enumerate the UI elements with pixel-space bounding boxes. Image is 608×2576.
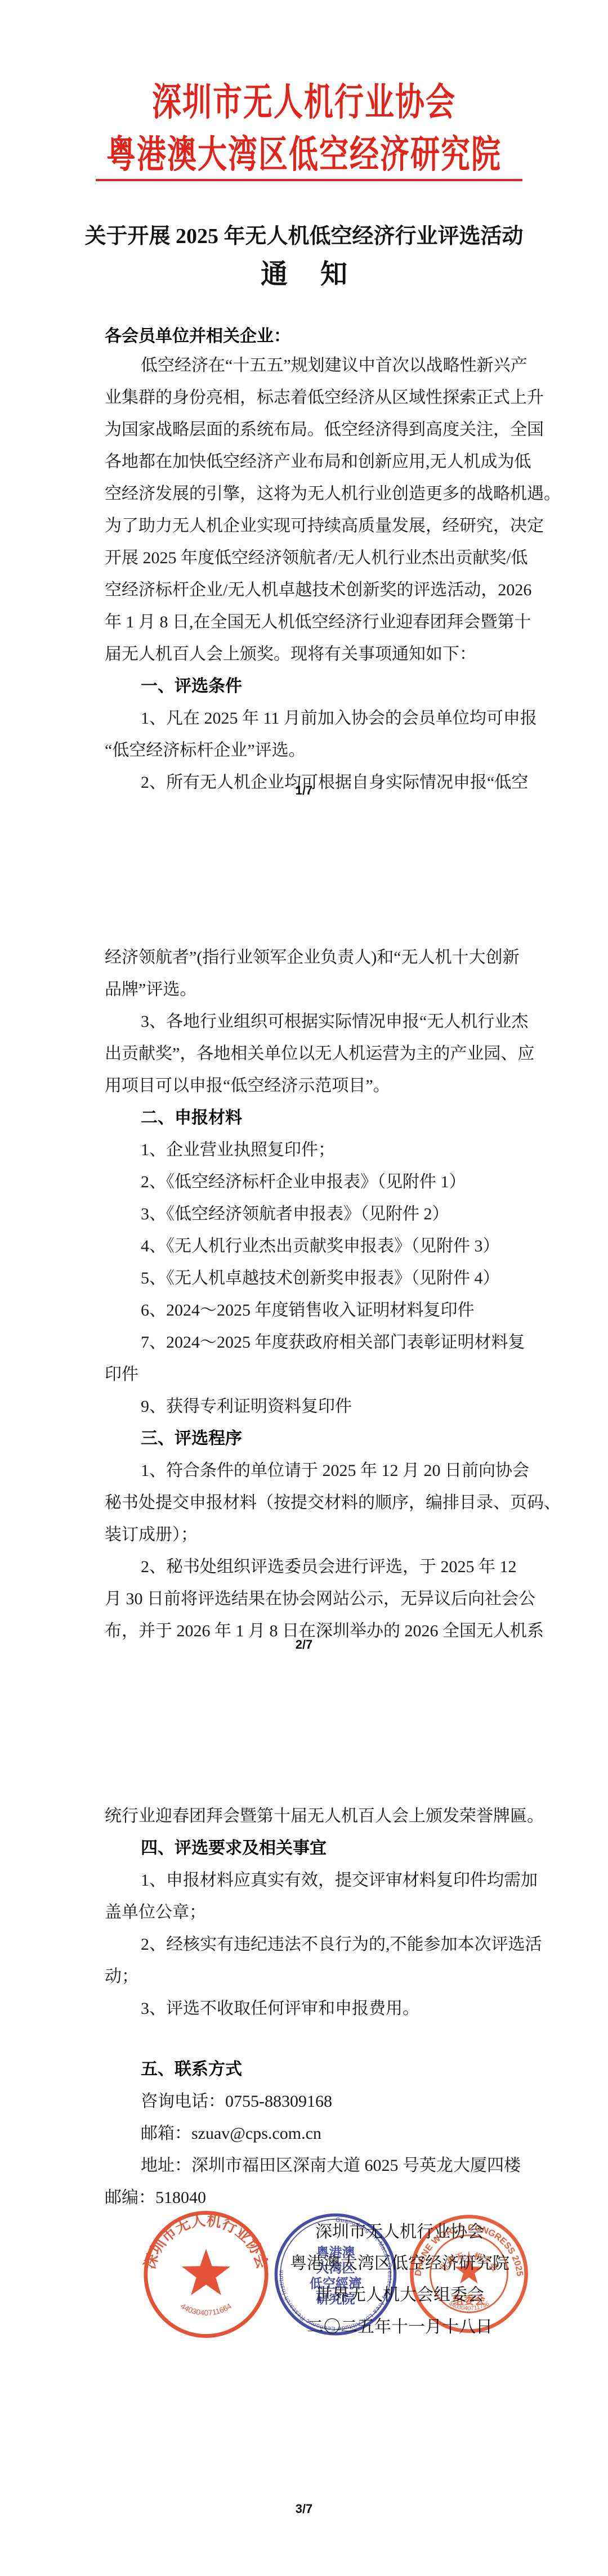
- contact-zip: 邮编：518040: [105, 2188, 206, 2208]
- letterhead-org2: 粤港澳大湾区低空经济研究院: [0, 137, 608, 175]
- body-line: 3、《低空经济领航者申报表》（见附件 2）: [141, 1204, 449, 1224]
- body-line: 开展 2025 年度低空经济领航者/无人机行业杰出贡献奖/低: [105, 548, 528, 568]
- section4-heading: 四、评选要求及相关事宜: [141, 1838, 327, 1859]
- section3-heading: 三、评选程序: [141, 1429, 242, 1449]
- body-line: 盖单位公章；: [105, 1902, 206, 1923]
- section5-heading: 五、联系方式: [141, 2059, 242, 2080]
- signature-org3: 世界无人机大会组委会: [242, 2281, 557, 2305]
- body-line: 秘书处提交申报材料（按提交材料的顺序，编排目录、页码、: [105, 1493, 561, 1513]
- body-line: 装订成册）；: [105, 1525, 198, 1545]
- body-line: 月 30 日前将评选结果在协会网站公示，无异议后向社会公: [105, 1589, 535, 1609]
- letterhead-org1: 深圳市无人机行业协会: [0, 84, 608, 123]
- body-line: 4、《无人机行业杰出贡献奖申报表》（见附件 3）: [141, 1236, 500, 1256]
- body-line: 各地都在加快低空经济产业布局和创新应用,无人机成为低: [105, 452, 531, 472]
- body-line: 2、经核实有违纪违法不良行为的,不能参加本次评选活: [141, 1935, 542, 1955]
- body-line: 统行业迎春团拜会暨第十届无人机百人会上颁发荣誉牌匾。: [105, 1806, 544, 1826]
- body-line: 年 1 月 8 日,在全国无人机低空经济行业迎春团拜会暨第十: [105, 612, 531, 632]
- body-line: 印件: [105, 1365, 138, 1385]
- body-line: 空经济标杆企业/无人机卓越技术创新奖的评选活动，2026: [105, 580, 531, 600]
- letterhead-divider: [96, 179, 522, 181]
- signature-org2: 粤港澳大湾区低空经济研究院: [242, 2249, 557, 2274]
- salutation: 各会员单位并相关企业：: [105, 326, 290, 347]
- section1-heading: 一、评选条件: [141, 676, 242, 697]
- notice-heading: 通 知: [0, 260, 608, 290]
- body-line: 业集群的身份亮相，标志着低空经济从区域性探索正式上升: [105, 388, 544, 408]
- document-title: 关于开展 2025 年无人机低空经济行业评选活动: [0, 224, 608, 250]
- body-line: 5、《无人机卓越技术创新奖申报表》（见附件 4）: [141, 1268, 500, 1289]
- body-line: 1、凡在 2025 年 11 月前加入协会的会员单位均可申报: [141, 708, 537, 729]
- body-line: 1、申报材料应真实有效，提交评审材料复印件均需加: [141, 1870, 538, 1891]
- page-number-3: 3/7: [0, 2502, 608, 2516]
- body-line: 9、获得专利证明资料复印件: [141, 1397, 352, 1417]
- signature-org1: 深圳市无人机行业协会: [242, 2218, 557, 2242]
- svg-text:4403040711664: 4403040711664: [179, 2301, 233, 2317]
- section2-heading: 二、申报材料: [141, 1108, 242, 1128]
- signature-date: 二〇二五年十一月十八日: [242, 2313, 557, 2337]
- body-line: 6、2024～2025 年度销售收入证明材料复印件: [141, 1300, 475, 1321]
- seal-star-icon: [182, 2249, 231, 2295]
- body-line: 2、秘书处组织评选委员会进行评选，于 2025 年 12: [141, 1557, 517, 1577]
- body-line: 届无人机百人会上颁奖。现将有关事项通知如下：: [105, 644, 476, 665]
- body-line: 2、《低空经济标杆企业申报表》（见附件 1）: [141, 1172, 466, 1192]
- contact-phone: 咨询电话：0755-88309168: [141, 2092, 332, 2112]
- body-line: 为了助力无人机企业实现可持续高质量发展，经研究，决定: [105, 516, 544, 536]
- page-number-2: 2/7: [0, 1637, 608, 1652]
- body-line: 3、各地行业组织可根据实际情况申报“无人机行业杰: [141, 1012, 528, 1032]
- body-line: 动；: [105, 1967, 138, 1987]
- body-line: “低空经济标杆企业”评选。: [105, 741, 306, 761]
- notice-document: 深圳市无人机行业协会 粤港澳大湾区低空经济研究院 关于开展 2025 年无人机低…: [0, 0, 608, 2576]
- association-seal-code: 4403040711664: [179, 2301, 233, 2317]
- body-line: 经济领航者”(指行业领军企业负责人)和“无人机十大创新: [105, 948, 520, 968]
- body-line: 7、2024～2025 年度获政府相关部门表彰证明材料复: [141, 1332, 525, 1353]
- page-number-1: 1/7: [0, 783, 608, 798]
- contact-address: 地址：深圳市福田区深南大道 6025 号英龙大厦四楼: [141, 2156, 521, 2176]
- body-line: 出贡献奖”，各地相关单位以无人机运营为主的产业园、应: [105, 1044, 534, 1064]
- body-line: 1、企业营业执照复印件；: [141, 1140, 335, 1160]
- body-line: 3、评选不收取任何评审和申报费用。: [141, 1999, 419, 2019]
- body-line: 1、符合条件的单位请于 2025 年 12 月 20 日前向协会: [141, 1461, 529, 1481]
- body-line: 低空经济在“十五五”规划建议中首次以战略性新兴产: [141, 356, 527, 376]
- contact-email: 邮箱：szuav@cps.com.cn: [141, 2124, 321, 2144]
- body-line: 品牌”评选。: [105, 980, 196, 1000]
- body-line: 用项目可以申报“低空经济示范项目”。: [105, 1076, 390, 1096]
- body-line: 空经济发展的引擎，这将为无人机行业创造更多的战略机遇。: [105, 484, 561, 504]
- body-line: 为国家战略层面的系统布局。低空经济得到高度关注，全国: [105, 420, 544, 440]
